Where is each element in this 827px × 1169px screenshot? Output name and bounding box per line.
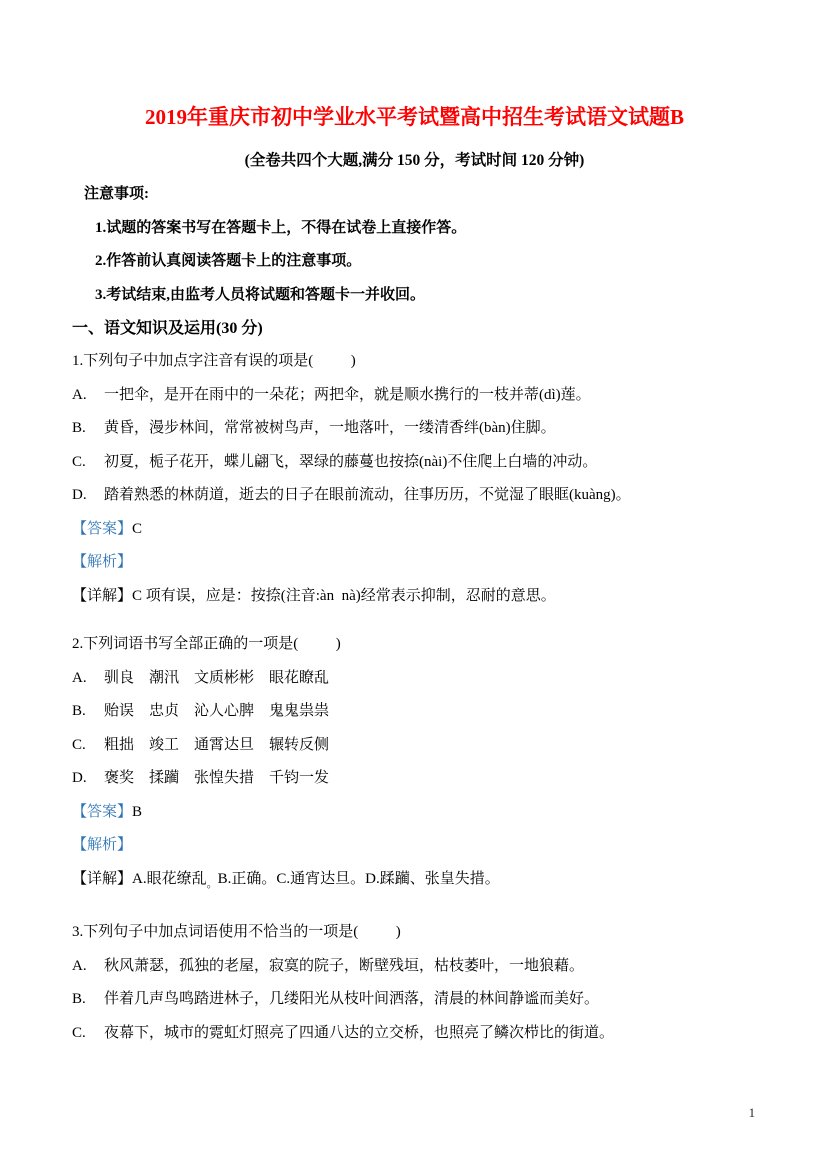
page-number: 1 [749,1106,755,1120]
detail-line: 【详解】C 项有误，应是：按捺(注音:àn nà)经常表示抑制，忍耐的意思。 [72,588,757,606]
question-stem: 1.下列句子中加点字注音有误的项是( ) [72,353,757,371]
option-row: B.伴着几声鸟鸣踏进林子，几缕阳光从枝叶间洒落，清晨的林间静谧而美好。 [72,991,757,1009]
question-stem: 2.下列词语书写全部正确的一项是( ) [72,636,757,654]
detail-text: B.正确。C.通宵达旦。D.蹂躏、张皇失措。 [218,871,500,887]
option-label: A. [72,670,104,688]
option-text: 秋风萧瑟，孤独的老屋，寂寞的院子，断壁残垣，枯枝萎叶，一地狼藉。 [104,958,584,974]
option-text: 粗拙 竣工 通霄达旦 辗转反侧 [104,737,329,753]
detail-line: 【详解】A.眼花缭乱。B.正确。C.通宵达旦。D.蹂躏、张皇失措。 [72,871,757,894]
answer-line: 【答案】C [72,521,757,539]
detail-label: 【详解】 [72,588,132,604]
answer-label: 【答案】 [72,521,132,537]
option-text: 驯良 潮汛 文质彬彬 眼花瞭乱 [104,670,329,686]
option-row: D.踏着熟悉的林荫道，逝去的日子在眼前流动，往事历历，不觉湿了眼眶(kuàng)… [72,487,757,505]
option-label: B. [72,703,104,721]
option-row: C.初夏，栀子花开，蝶儿翩飞，翠绿的藤蔓也按捺(nài)不住爬上白墙的冲动。 [72,454,757,472]
option-label: C. [72,1025,104,1043]
option-text: 初夏，栀子花开，蝶儿翩飞，翠绿的藤蔓也按捺(nài)不住爬上白墙的冲动。 [104,454,597,470]
notice-item-3: 3.考试结束,由监考人员将试题和答题卡一并收回。 [95,287,757,305]
option-row: B.贻误 忠贞 沁人心脾 鬼鬼祟祟 [72,703,757,721]
analysis-label: 【解析】 [72,554,132,570]
question-stem: 3.下列句子中加点词语使用不恰当的一项是( ) [72,924,757,942]
option-text: 夜幕下，城市的霓虹灯照亮了四通八达的立交桥，也照亮了鳞次栉比的街道。 [104,1025,614,1041]
option-label: A. [72,387,104,405]
option-label: D. [72,487,104,505]
option-label: B. [72,991,104,1009]
option-row: D.褒奖 揉躏 张惶失措 千钧一发 [72,770,757,788]
answer-label: 【答案】 [72,804,132,820]
option-row: A.驯良 潮汛 文质彬彬 眼花瞭乱 [72,670,757,688]
option-text: 伴着几声鸟鸣踏进林子，几缕阳光从枝叶间洒落，清晨的林间静谧而美好。 [104,991,599,1007]
question-block-2: 2.下列词语书写全部正确的一项是( ) A.驯良 潮汛 文质彬彬 眼花瞭乱 B.… [72,636,757,893]
option-label: D. [72,770,104,788]
option-label: C. [72,737,104,755]
analysis-line: 【解析】 [72,837,757,855]
answer-value: B [132,804,142,820]
analysis-label: 【解析】 [72,837,132,853]
document-subtitle: (全卷共四个大题,满分 150 分，考试时间 120 分钟) [72,152,757,170]
question-block-3: 3.下列句子中加点词语使用不恰当的一项是( ) A.秋风萧瑟，孤独的老屋，寂寞的… [72,924,757,1042]
detail-label: 【详解】 [72,871,132,887]
document-page: 2019年重庆市初中学业水平考试暨高中招生考试语文试题B (全卷共四个大题,满分… [0,0,827,1169]
option-text: 踏着熟悉的林荫道，逝去的日子在眼前流动，往事历历，不觉湿了眼眶(kuàng)。 [104,487,631,503]
option-row: C.夜幕下，城市的霓虹灯照亮了四通八达的立交桥，也照亮了鳞次栉比的街道。 [72,1025,757,1043]
option-text: 一把伞，是开在雨中的一朵花；两把伞，就是顺水携行的一枝并蒂(dì)莲。 [104,387,591,403]
option-text: 褒奖 揉躏 张惶失措 千钧一发 [104,770,329,786]
option-label: C. [72,454,104,472]
option-row: A.秋风萧瑟，孤独的老屋，寂寞的院子，断壁残垣，枯枝萎叶，一地狼藉。 [72,958,757,976]
option-row: C.粗拙 竣工 通霄达旦 辗转反侧 [72,737,757,755]
detail-text-low-period: 。 [207,878,218,890]
option-text: 贻误 忠贞 沁人心脾 鬼鬼祟祟 [104,703,329,719]
notice-heading: 注意事项: [84,186,757,204]
notice-item-2: 2.作答前认真阅读答题卡上的注意事项。 [95,253,757,271]
option-text: 黄昏，漫步林间，常常被树鸟声，一地落叶，一缕清香绊(bàn)住脚。 [104,420,556,436]
option-label: B. [72,420,104,438]
option-label: A. [72,958,104,976]
document-title: 2019年重庆市初中学业水平考试暨高中招生考试语文试题B [72,104,757,130]
analysis-line: 【解析】 [72,554,757,572]
question-block-1: 1.下列句子中加点字注音有误的项是( ) A.一把伞，是开在雨中的一朵花；两把伞… [72,353,757,605]
option-row: B.黄昏，漫步林间，常常被树鸟声，一地落叶，一缕清香绊(bàn)住脚。 [72,420,757,438]
detail-text: C 项有误，应是：按捺(注音:àn nà)经常表示抑制，忍耐的意思。 [132,588,556,604]
notice-item-1: 1.试题的答案书写在答题卡上，不得在试卷上直接作答。 [95,220,757,238]
detail-text: A.眼花缭乱 [132,871,207,887]
answer-line: 【答案】B [72,804,757,822]
section-heading: 一、语文知识及运用(30 分) [72,320,757,338]
answer-value: C [132,521,142,537]
option-row: A.一把伞，是开在雨中的一朵花；两把伞，就是顺水携行的一枝并蒂(dì)莲。 [72,387,757,405]
